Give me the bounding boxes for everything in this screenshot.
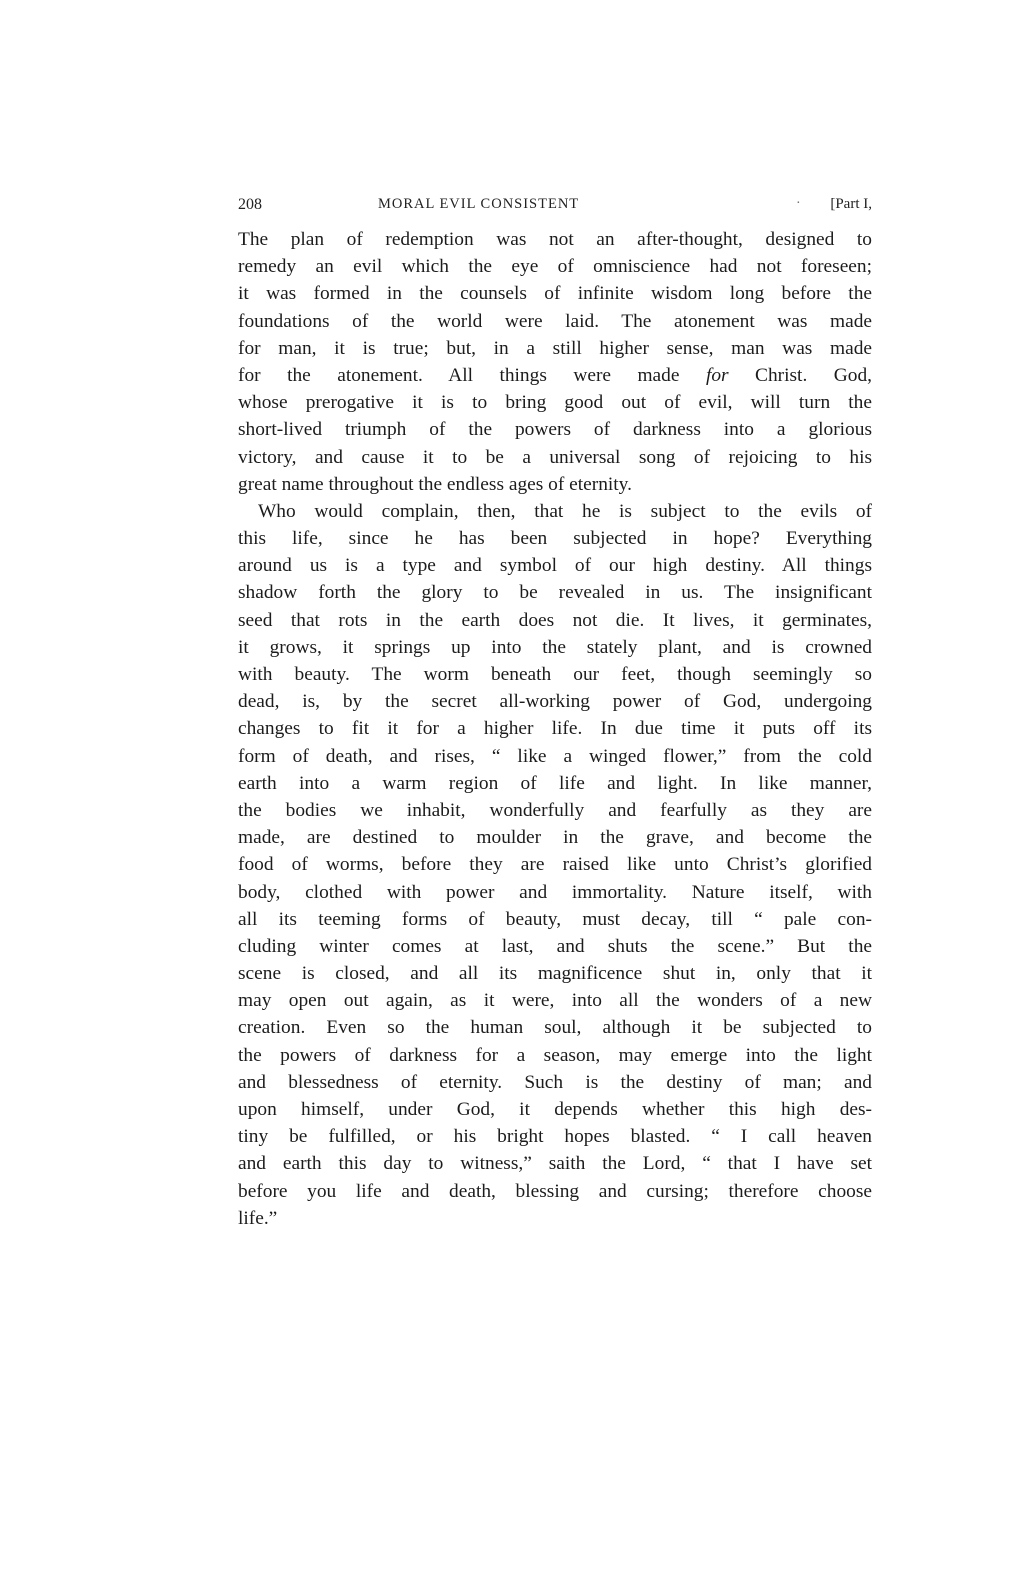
text-line: food of worms, before they are raised li… [238,851,872,878]
part-label: [Part I, [830,196,872,213]
text-line: it grows, it springs up into the stately… [238,634,872,661]
text-line: dead, is, by the secret all-working powe… [238,688,872,715]
text-line: tiny be fulfilled, or his bright hopes b… [238,1123,872,1150]
text-line: foundations of the world were laid. The … [238,308,872,335]
body-text: The plan of redemption was not an after-… [238,226,872,1232]
text-line: and blessedness of eternity. Such is the… [238,1069,872,1096]
text-line: great name throughout the endless ages o… [238,471,872,498]
text-line: this life, since he has been subjected i… [238,525,872,552]
text-line: changes to fit it for a higher life. In … [238,715,872,742]
text-line: seed that rots in the earth does not die… [238,607,872,634]
text-line: The plan of redemption was not an after-… [238,226,872,253]
text-line: short-lived triumph of the powers of dar… [238,416,872,443]
text-line: body, clothed with power and immortality… [238,879,872,906]
paragraph: Who would complain, then, that he is sub… [238,498,872,1232]
text-line: victory, and cause it to be a universal … [238,444,872,471]
text-line: around us is a type and symbol of our hi… [238,552,872,579]
text-line: the bodies we inhabit, wonderfully and f… [238,797,872,824]
page-number: 208 [238,196,262,214]
book-page: 208 MORAL EVIL CONSISTENT · [Part I, The… [238,196,872,1232]
text-line: for man, it is true; but, in a still hig… [238,335,872,362]
text-line: for the atonement. All things were made … [238,362,872,389]
text-line: and earth this day to witness,” saith th… [238,1150,872,1177]
text-line: form of death, and rises, “ like a winge… [238,743,872,770]
text-line: Who would complain, then, that he is sub… [238,498,872,525]
text-line: before you life and death, blessing and … [238,1178,872,1205]
text-line: life.” [238,1205,872,1232]
text-line: creation. Even so the human soul, althou… [238,1014,872,1041]
italic-emphasis: for [706,365,729,386]
text-line: shadow forth the glory to be revealed in… [238,579,872,606]
text-line: scene is closed, and all its magnificenc… [238,960,872,987]
stray-mark: · [796,196,801,212]
text-line: made, are destined to moulder in the gra… [238,824,872,851]
text-line: whose prerogative it is to bring good ou… [238,389,872,416]
text-line: the powers of darkness for a season, may… [238,1042,872,1069]
text-line: cluding winter comes at last, and shuts … [238,933,872,960]
text-line: may open out again, as it were, into all… [238,987,872,1014]
paragraph: The plan of redemption was not an after-… [238,226,872,498]
text-line: remedy an evil which the eye of omniscie… [238,253,872,280]
text-line: with beauty. The worm beneath our feet, … [238,661,872,688]
text-line: it was formed in the counsels of infinit… [238,280,872,307]
text-line: earth into a warm region of life and lig… [238,770,872,797]
running-title: MORAL EVIL CONSISTENT [378,196,579,213]
text-line: upon himself, under God, it depends whet… [238,1096,872,1123]
text-line: all its teeming forms of beauty, must de… [238,906,872,933]
running-head: 208 MORAL EVIL CONSISTENT · [Part I, [238,196,872,218]
